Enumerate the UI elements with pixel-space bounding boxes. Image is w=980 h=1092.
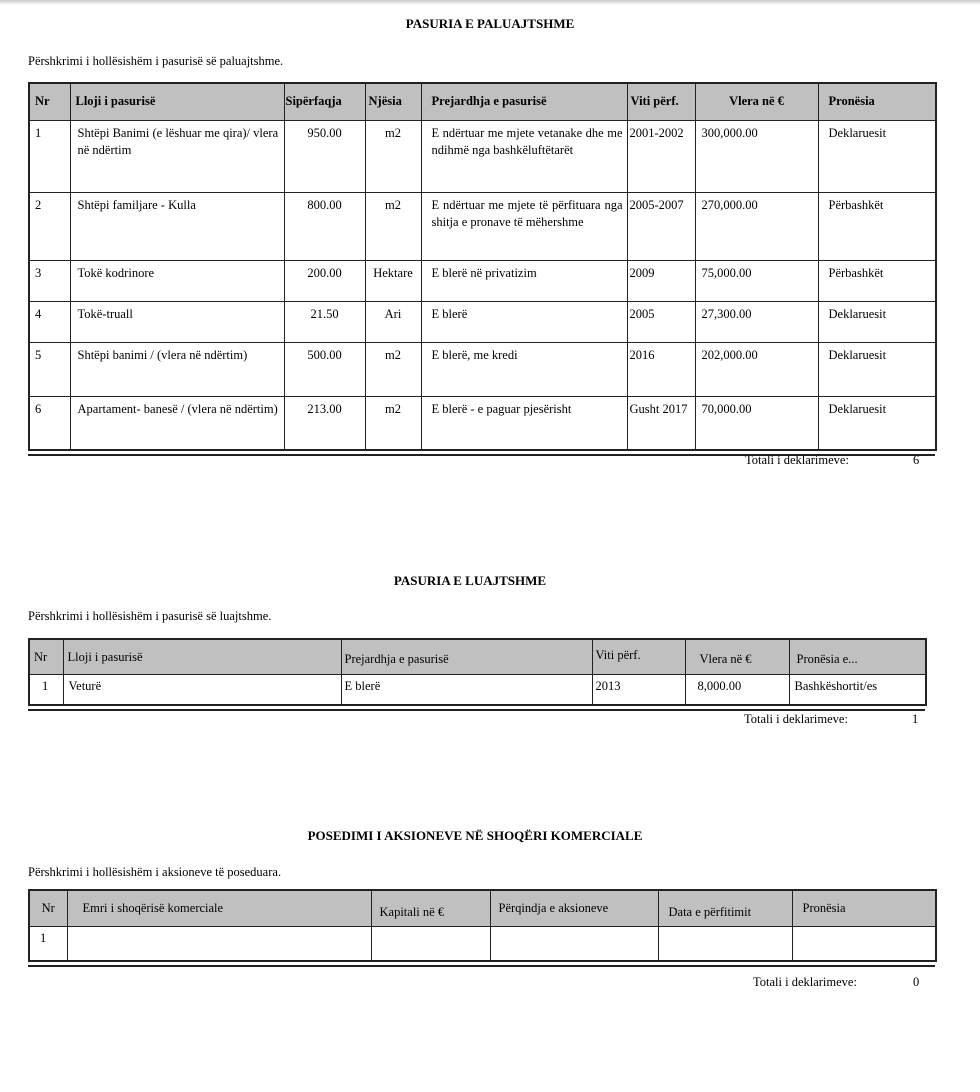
header-unit: Njësia	[365, 83, 421, 120]
total-value: 0	[913, 975, 919, 990]
cell-ownership: Deklaruesit	[818, 120, 936, 192]
header-year: Viti përf.	[592, 639, 685, 674]
header-ownership: Pronësia e...	[789, 639, 926, 674]
header-type: Lloji i pasurisë	[70, 83, 284, 120]
cell-type: Shtëpi Banimi (e lëshuar me qira)/ vlera…	[70, 120, 284, 192]
cell-ownership: Deklaruesit	[818, 301, 936, 342]
table-bottom-rule	[28, 705, 925, 711]
table-row: 3Tokë kodrinore200.00HektareE blerë në p…	[29, 260, 936, 301]
table-row: 1Shtëpi Banimi (e lëshuar me qira)/ vler…	[29, 120, 936, 192]
cell-year: 2005	[627, 301, 695, 342]
cell-nr: 4	[29, 301, 70, 342]
cell-nr: 1	[29, 674, 63, 705]
header-area: Sipërfaqja	[284, 83, 365, 120]
cell-type: Apartament- banesë / (vlera në ndërtim)	[70, 396, 284, 450]
section-description-movable: Përshkrimi i hollësishëm i pasurisë së l…	[28, 609, 271, 624]
cell-value: 270,000.00	[695, 192, 818, 260]
cell-year: 2016	[627, 342, 695, 396]
cell-value: 300,000.00	[695, 120, 818, 192]
cell-origin: E blerë në privatizim	[421, 260, 627, 301]
cell-year: 2001-2002	[627, 120, 695, 192]
table-header-row: Nr Lloji i pasurisë Sipërfaqja Njësia Pr…	[29, 83, 936, 120]
cell-value: 70,000.00	[695, 396, 818, 450]
cell-origin: E blerë	[341, 674, 592, 705]
cell-unit: m2	[365, 120, 421, 192]
cell-area: 800.00	[284, 192, 365, 260]
total-label: Totali i deklarimeve:	[753, 975, 857, 989]
table-row: 4Tokë-truall21.50AriE blerë200527,300.00…	[29, 301, 936, 342]
table-row: 6Apartament- banesë / (vlera në ndërtim)…	[29, 396, 936, 450]
cell-value: 8,000.00	[685, 674, 789, 705]
cell-type: Tokë kodrinore	[70, 260, 284, 301]
total-shares: Totali i deklarimeve: 0	[753, 975, 857, 990]
cell-area: 213.00	[284, 396, 365, 450]
total-value: 1	[912, 712, 918, 727]
header-ownership: Pronësia	[818, 83, 936, 120]
cell-type: Veturë	[63, 674, 341, 705]
header-year: Viti përf.	[627, 83, 695, 120]
cell-company-name	[67, 926, 371, 961]
cell-origin: E ndërtuar me mjete vetanake dhe me ndih…	[421, 120, 627, 192]
cell-area: 21.50	[284, 301, 365, 342]
table-row: 1VeturëE blerë20138,000.00Bashkëshortit/…	[29, 674, 926, 705]
section-title-immovable: PASURIA E PALUAJTSHME	[0, 16, 980, 32]
cell-nr: 2	[29, 192, 70, 260]
cell-nr: 1	[29, 926, 67, 961]
cell-year: 2005-2007	[627, 192, 695, 260]
cell-area: 200.00	[284, 260, 365, 301]
cell-ownership	[792, 926, 936, 961]
cell-unit: m2	[365, 396, 421, 450]
cell-origin: E blerë	[421, 301, 627, 342]
table-bottom-rule	[28, 450, 935, 456]
immovable-property-table: Nr Lloji i pasurisë Sipërfaqja Njësia Pr…	[28, 82, 937, 451]
cell-unit: m2	[365, 342, 421, 396]
movable-property-table: Nr Lloji i pasurisë Prejardhja e pasuris…	[28, 638, 927, 706]
table-row: 5Shtëpi banimi / (vlera në ndërtim)500.0…	[29, 342, 936, 396]
total-movable: Totali i deklarimeve: 1	[744, 712, 848, 727]
cell-ownership: Bashkëshortit/es	[789, 674, 926, 705]
cell-nr: 5	[29, 342, 70, 396]
cell-year: Gusht 2017	[627, 396, 695, 450]
header-nr: Nr	[29, 83, 70, 120]
cell-value: 27,300.00	[695, 301, 818, 342]
header-acquisition-date: Data e përfitimit	[658, 890, 792, 926]
cell-unit: m2	[365, 192, 421, 260]
header-value: Vlera në €	[695, 83, 818, 120]
header-origin: Prejardhja e pasurisë	[341, 639, 592, 674]
viewer-top-edge	[0, 0, 980, 5]
cell-acquisition-date	[658, 926, 792, 961]
cell-area: 500.00	[284, 342, 365, 396]
cell-origin: E ndërtuar me mjete të përfituara nga sh…	[421, 192, 627, 260]
header-origin: Prejardhja e pasurisë	[421, 83, 627, 120]
cell-ownership: Deklaruesit	[818, 396, 936, 450]
header-ownership: Pronësia	[792, 890, 936, 926]
cell-nr: 1	[29, 120, 70, 192]
cell-year: 2009	[627, 260, 695, 301]
cell-type: Shtëpi banimi / (vlera në ndërtim)	[70, 342, 284, 396]
cell-origin: E blerë, me kredi	[421, 342, 627, 396]
section-description-shares: Përshkrimi i hollësishëm i aksioneve të …	[28, 865, 281, 880]
cell-capital	[371, 926, 490, 961]
header-nr: Nr	[29, 890, 67, 926]
cell-type: Tokë-truall	[70, 301, 284, 342]
cell-ownership: Përbashkët	[818, 260, 936, 301]
table-row: 2Shtëpi familjare - Kulla800.00m2E ndërt…	[29, 192, 936, 260]
header-company-name: Emri i shoqërisë komerciale	[67, 890, 371, 926]
cell-year: 2013	[592, 674, 685, 705]
header-nr: Nr	[29, 639, 63, 674]
header-type: Lloji i pasurisë	[63, 639, 341, 674]
table-row: 1	[29, 926, 936, 961]
table-bottom-rule	[28, 961, 935, 967]
cell-area: 950.00	[284, 120, 365, 192]
section-title-movable: PASURIA E LUAJTSHME	[0, 573, 960, 589]
total-label: Totali i deklarimeve:	[744, 712, 848, 726]
header-percentage: Përqindja e aksioneve	[490, 890, 658, 926]
shares-table: Nr Emri i shoqërisë komerciale Kapitali …	[28, 889, 937, 962]
cell-ownership: Deklaruesit	[818, 342, 936, 396]
section-title-shares: POSEDIMI I AKSIONEVE NË SHOQËRI KOMERCIA…	[0, 828, 965, 844]
table-header-row: Nr Emri i shoqërisë komerciale Kapitali …	[29, 890, 936, 926]
cell-ownership: Përbashkët	[818, 192, 936, 260]
section-description-immovable: Përshkrimi i hollësishëm i pasurisë së p…	[28, 54, 283, 69]
table-header-row: Nr Lloji i pasurisë Prejardhja e pasuris…	[29, 639, 926, 674]
cell-percentage	[490, 926, 658, 961]
cell-type: Shtëpi familjare - Kulla	[70, 192, 284, 260]
cell-value: 75,000.00	[695, 260, 818, 301]
cell-nr: 3	[29, 260, 70, 301]
header-capital: Kapitali në €	[371, 890, 490, 926]
cell-unit: Hektare	[365, 260, 421, 301]
cell-nr: 6	[29, 396, 70, 450]
cell-unit: Ari	[365, 301, 421, 342]
cell-origin: E blerë - e paguar pjesërisht	[421, 396, 627, 450]
header-value: Vlera në €	[685, 639, 789, 674]
cell-value: 202,000.00	[695, 342, 818, 396]
